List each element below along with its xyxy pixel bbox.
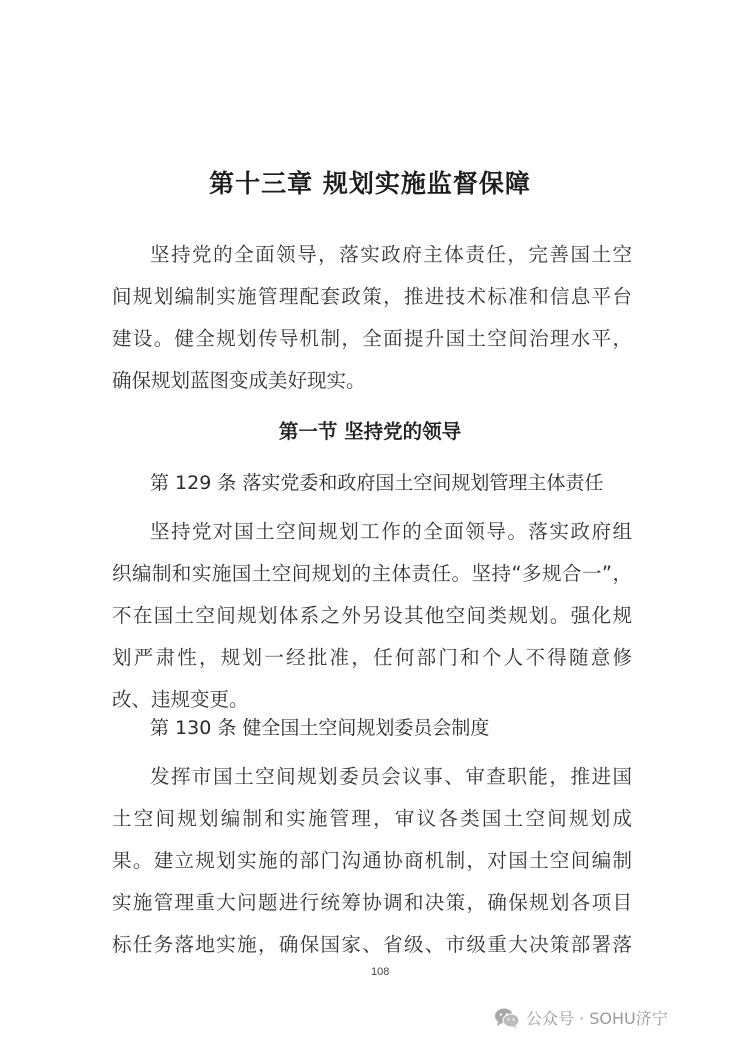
article-129-line-1: 坚持党对国土空间规划工作的全面领导。落实政府组 bbox=[150, 516, 632, 544]
article-129-line-2: 织编制和实施国土空间规划的主体责任。坚持“多规合一”， bbox=[112, 558, 632, 586]
document-page: 第十三章 规划实施监督保障 坚持党的全面领导，落实政府主体责任，完善国土空 间规… bbox=[0, 0, 740, 1047]
page-number: 108 bbox=[371, 966, 389, 978]
article-129-line-4: 划严肃性，规划一经批准，任何部门和个人不得随意修 bbox=[112, 642, 632, 670]
intro-line-3: 建设。健全规划传导机制，全面提升国土空间治理水平， bbox=[112, 323, 632, 351]
article-130-line-2: 土空间规划编制和实施管理，审议各类国土空间规划成 bbox=[112, 803, 632, 831]
article-130-line-5: 标任务落地实施，确保国家、省级、市级重大决策部署落 bbox=[112, 929, 632, 957]
article-129-line-5: 改、违规变更。 bbox=[112, 684, 632, 712]
article-129-line-3: 不在国土空间规划体系之外另设其他空间类规划。强化规 bbox=[112, 600, 632, 628]
chapter-title: 第十三章 规划实施监督保障 bbox=[0, 164, 740, 200]
intro-line-4: 确保规划蓝图变成美好现实。 bbox=[112, 365, 632, 393]
wechat-icon bbox=[494, 1008, 520, 1028]
intro-line-1: 坚持党的全面领导，落实政府主体责任，完善国土空 bbox=[150, 239, 632, 267]
watermark-text: 公众号 · SOHU济宁 bbox=[526, 1006, 668, 1029]
article-130-line-3: 果。建立规划实施的部门沟通协商机制，对国土空间编制 bbox=[112, 845, 632, 873]
intro-line-2: 间规划编制实施管理配套政策，推进技术标准和信息平台 bbox=[112, 281, 632, 309]
article-130-line-4: 实施管理重大问题进行统筹协调和决策，确保规划各项目 bbox=[112, 887, 632, 915]
watermark: 公众号 · SOHU济宁 bbox=[494, 1006, 668, 1029]
article-129-title: 第 129 条 落实党委和政府国土空间规划管理主体责任 bbox=[150, 468, 603, 495]
article-130-title: 第 130 条 健全国土空间规划委员会制度 bbox=[150, 713, 489, 740]
article-130-line-1: 发挥市国土空间规划委员会议事、审查职能，推进国 bbox=[150, 761, 632, 789]
section-title: 第一节 坚持党的领导 bbox=[0, 416, 740, 444]
